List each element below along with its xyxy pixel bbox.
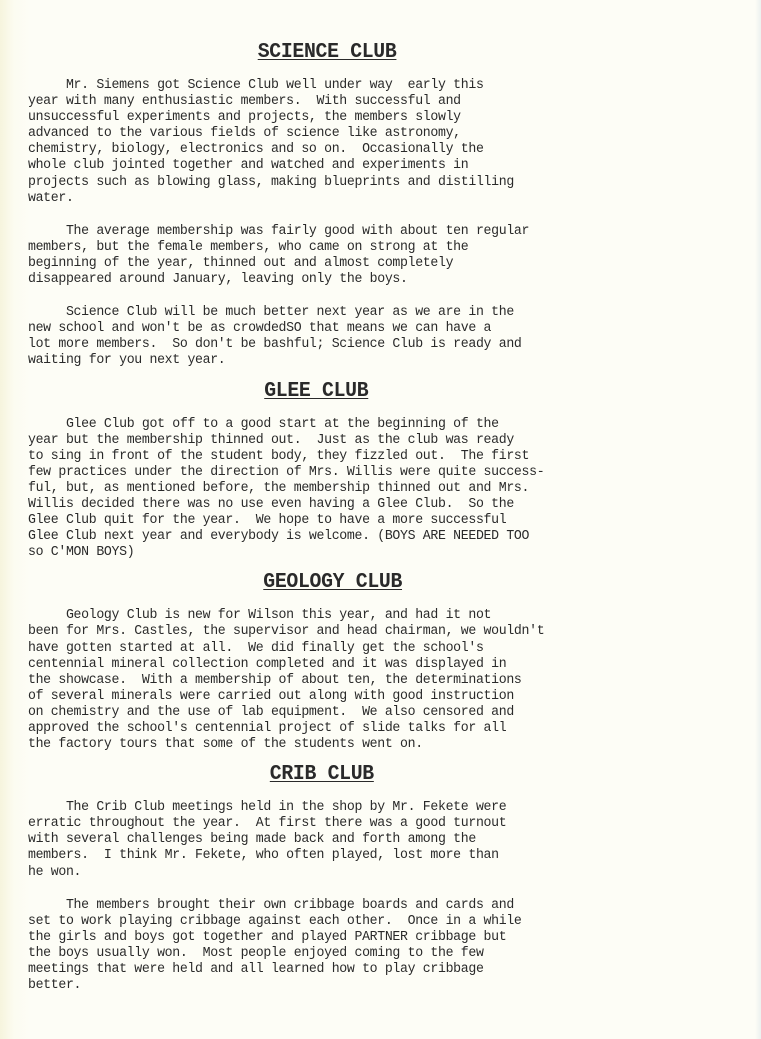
section-title-text: CRIB CLUB (270, 766, 374, 782)
section-title: CRIB CLUB (28, 766, 698, 782)
section-title: SCIENCE CLUB (28, 44, 698, 60)
paragraph: Science Club will be much better next ye… (28, 304, 698, 368)
section-title-text: GLEE CLUB (264, 383, 368, 399)
section-crib-club: CRIB CLUB The Crib Club meetings held in… (28, 766, 698, 993)
section-science-club: SCIENCE CLUB Mr. Siemens got Science Clu… (28, 44, 698, 369)
paragraph: The average membership was fairly good w… (28, 223, 698, 287)
section-title: GEOLOGY CLUB (28, 574, 698, 590)
section-title: GLEE CLUB (28, 383, 698, 399)
section-title-text: GEOLOGY CLUB (263, 574, 402, 590)
paragraph: Geology Club is new for Wilson this year… (28, 607, 698, 752)
section-geology-club: GEOLOGY CLUB Geology Club is new for Wil… (28, 574, 698, 752)
section-glee-club: GLEE CLUB Glee Club got off to a good st… (28, 383, 698, 561)
section-title-text: SCIENCE CLUB (258, 44, 397, 60)
scanned-page: SCIENCE CLUB Mr. Siemens got Science Clu… (0, 0, 761, 1039)
paragraph: The members brought their own cribbage b… (28, 897, 698, 994)
paragraph: Glee Club got off to a good start at the… (28, 416, 698, 561)
typewritten-document: SCIENCE CLUB Mr. Siemens got Science Clu… (28, 44, 698, 993)
paragraph: Mr. Siemens got Science Club well under … (28, 77, 698, 206)
paragraph: The Crib Club meetings held in the shop … (28, 799, 698, 879)
